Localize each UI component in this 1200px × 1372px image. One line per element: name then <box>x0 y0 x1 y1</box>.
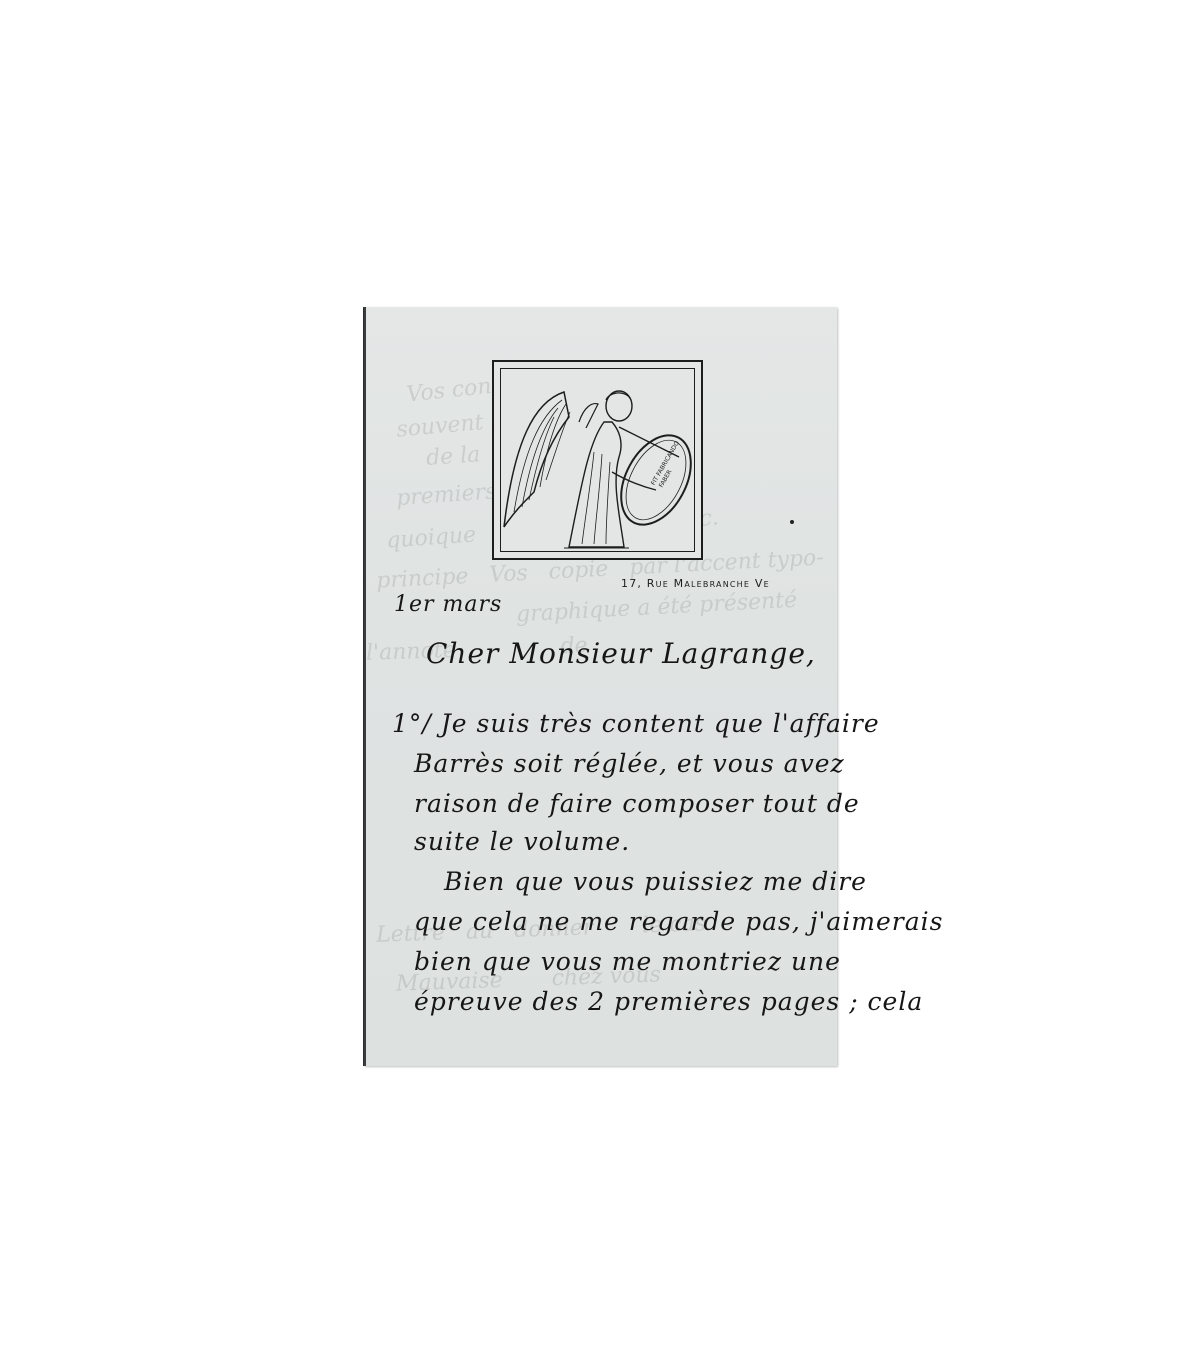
winged-victory-engraving-icon: FIT FABRICANDO FABER <box>494 362 701 558</box>
body-line: bien que vous me montriez une <box>414 947 841 976</box>
letterhead-address: 17, Rue Malebranche Ve <box>621 577 770 590</box>
body-line: suite le volume. <box>414 827 630 856</box>
body-line: Barrès soit réglée, et vous avez <box>414 749 845 778</box>
body-line: que cela ne me regarde pas, j'aimerais <box>414 907 943 936</box>
letter-page: Vos conseils ne seront souvent de tout c… <box>364 307 837 1066</box>
body-line: 1°/ Je suis très content que l'affaire <box>392 709 880 738</box>
letter-salutation: Cher Monsieur Lagrange, <box>426 637 816 670</box>
letter-date: 1er mars <box>394 592 502 617</box>
bleed-through-text: graphique a été présenté <box>516 588 798 628</box>
body-line: épreuve des 2 premières pages ; cela <box>414 987 923 1016</box>
letterhead-vignette: FIT FABRICANDO FABER <box>492 360 703 560</box>
body-line: Bien que vous puissiez me dire <box>444 867 867 896</box>
body-line: raison de faire composer tout de <box>414 789 860 818</box>
ink-speck <box>790 520 794 524</box>
